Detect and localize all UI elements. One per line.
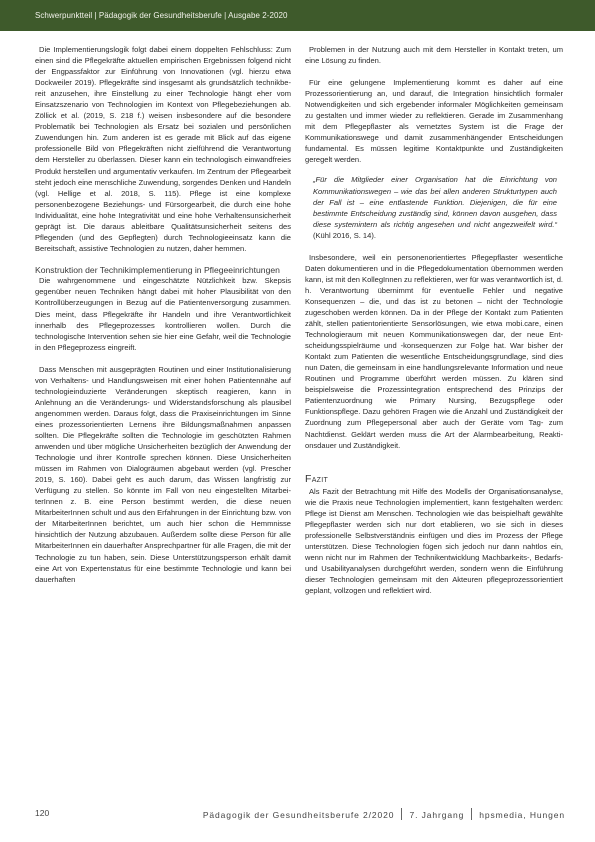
page-number: 120: [35, 808, 49, 818]
footer-volume: 7. Jahrgang: [409, 810, 464, 820]
body-paragraph: Die wahrgenommene und eingeschätzte Nütz…: [35, 275, 291, 352]
footer-publication-info: Pädagogik der Gesundheitsberufe 2/20207.…: [203, 808, 565, 820]
section-heading-fazit: Fazit: [305, 473, 563, 486]
footer-publisher: hpsmedia, Hungen: [479, 810, 565, 820]
quote-citation: (Kühl 2016, S. 14).: [313, 231, 376, 240]
running-header-bar: Schwerpunktteil | Pädagogik der Gesundhe…: [0, 0, 595, 31]
running-header-title: Schwerpunktteil | Pädagogik der Gesundhe…: [35, 11, 288, 20]
block-quote: „Für die Mitglieder einer Organisation h…: [313, 174, 563, 240]
footer-journal: Pädagogik der Gesundheitsberufe 2/2020: [203, 810, 395, 820]
quote-text: „Für die Mitglieder einer Organisation h…: [313, 175, 557, 228]
right-column: Problemen in der Nutzung auch mit dem He…: [305, 44, 563, 596]
footer-divider: [471, 808, 472, 820]
left-column: Die Implementierungslogik folgt dabei ei…: [35, 44, 291, 585]
body-paragraph: Für eine gelungene Implementierung kommt…: [305, 77, 563, 165]
body-paragraph: Insbesondere, weil ein personenorientier…: [305, 252, 563, 451]
body-paragraph: Die Implementierungslogik folgt dabei ei…: [35, 44, 291, 254]
footer-divider: [401, 808, 402, 820]
body-paragraph: Dass Menschen mit ausgeprägten Routinen …: [35, 364, 291, 585]
subheading: Konstruktion der Technikimplementierung …: [35, 265, 291, 276]
body-paragraph: Als Fazit der Betrachtung mit Hilfe des …: [305, 486, 563, 596]
body-paragraph: Problemen in der Nutzung auch mit dem He…: [305, 44, 563, 66]
